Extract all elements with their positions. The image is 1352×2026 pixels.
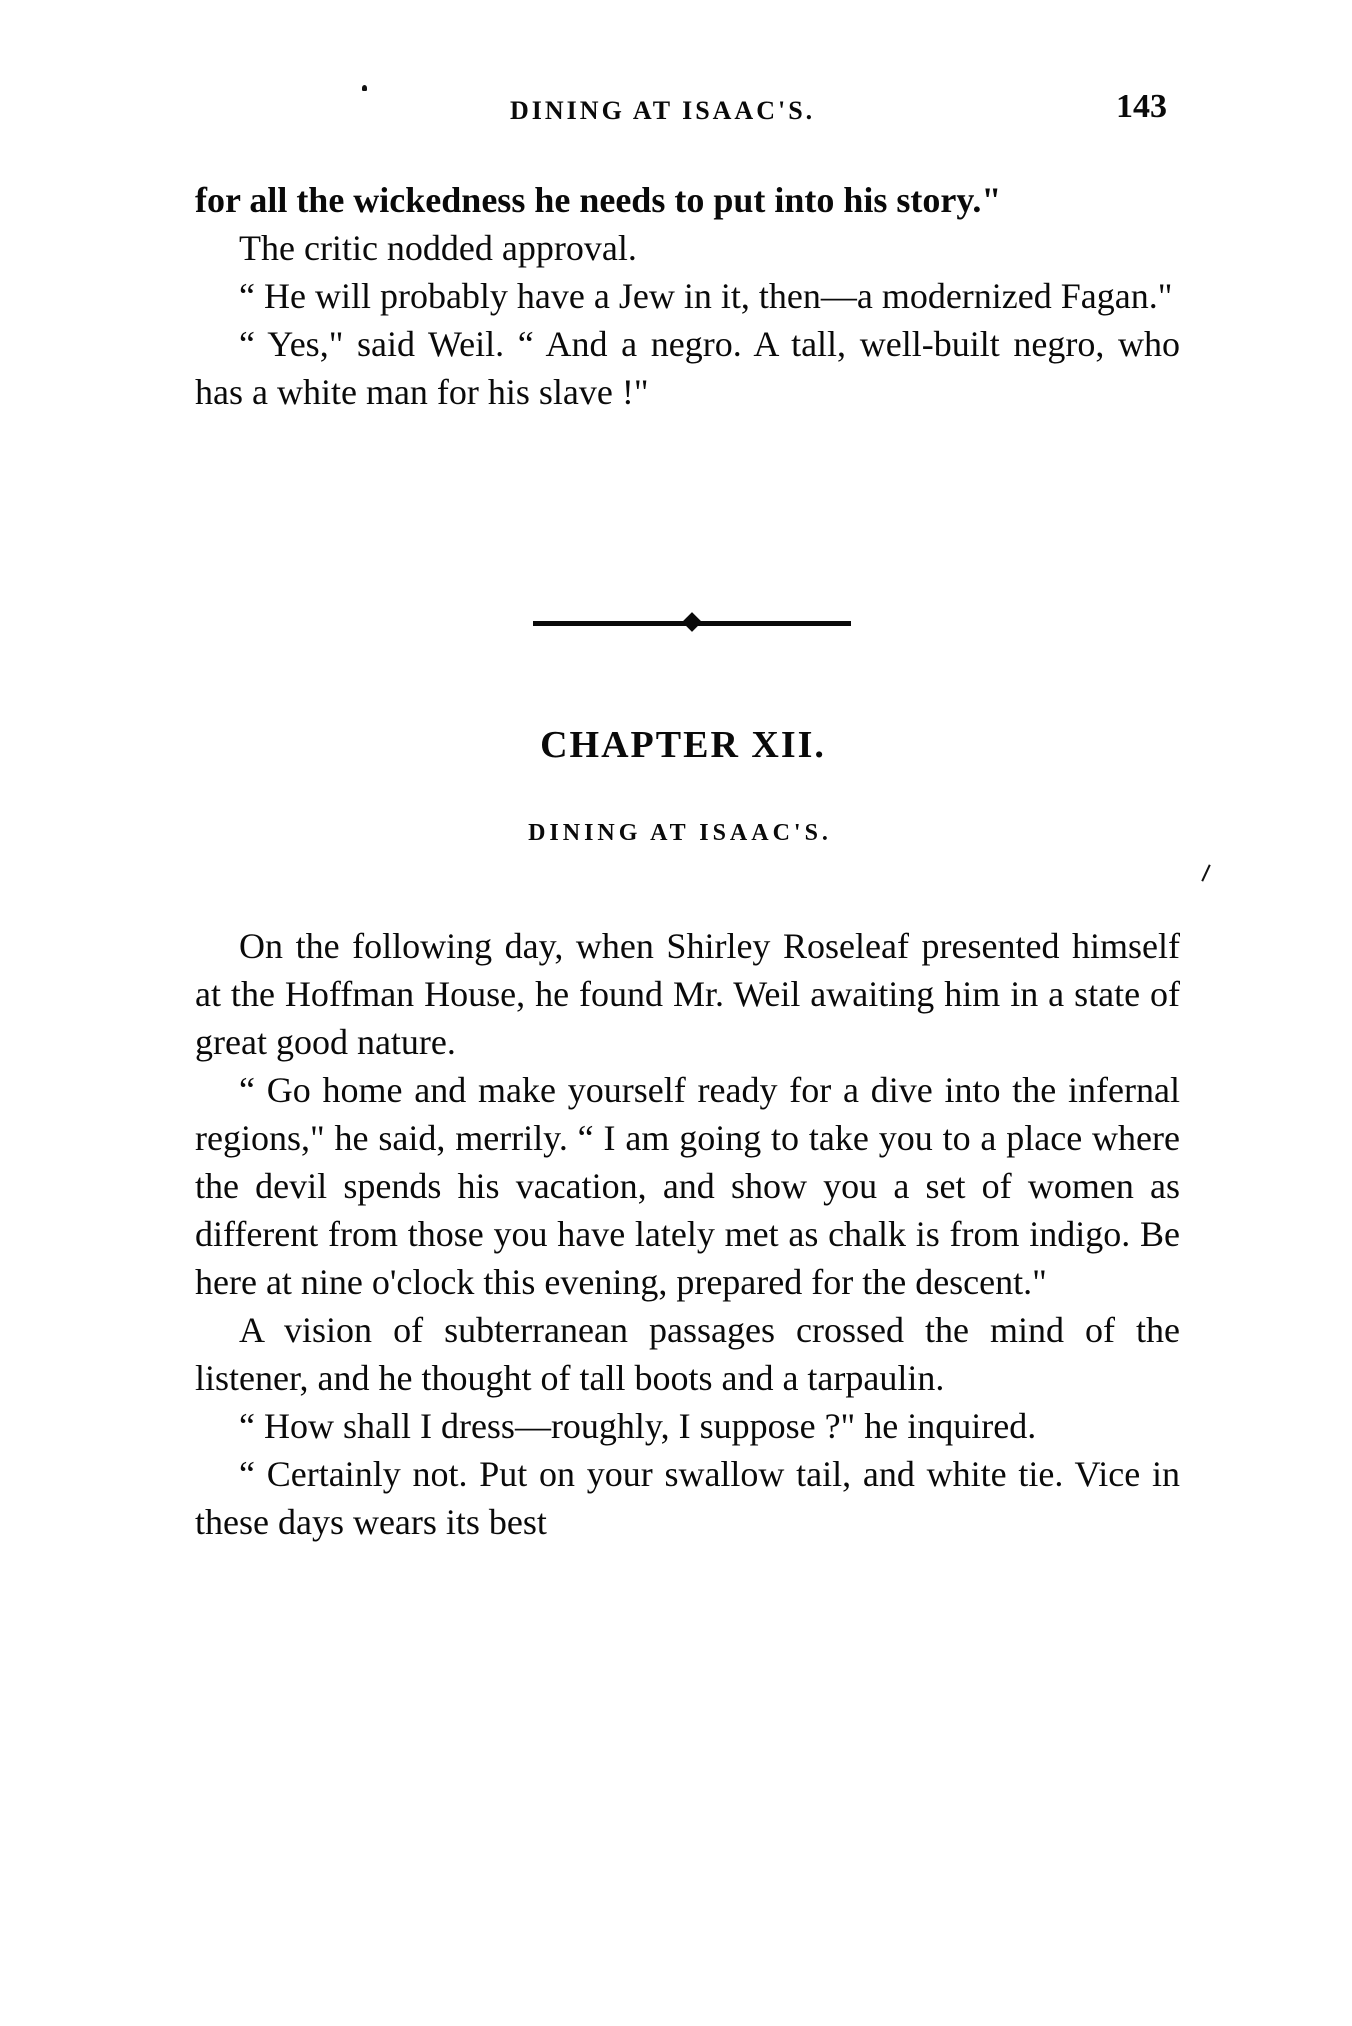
chapter-body: On the following day, when Shirley Rosel… xyxy=(195,922,1180,1546)
paragraph: “ He will probably have a Jew in it, the… xyxy=(195,272,1180,320)
paragraph: A vision of subterranean passages crosse… xyxy=(195,1306,1180,1402)
paragraph: On the following day, when Shirley Rosel… xyxy=(195,922,1180,1066)
paragraph: The critic nodded approval. xyxy=(195,224,1180,272)
print-mark xyxy=(1201,864,1210,881)
paragraph: “ Go home and make yourself ready for a … xyxy=(195,1066,1180,1306)
running-head: DINING AT ISAAC'S. xyxy=(510,96,815,126)
book-page: DINING AT ISAAC'S. 143 for all the wicke… xyxy=(0,0,1352,2026)
paragraph: for all the wickedness he needs to put i… xyxy=(195,176,1180,224)
diamond-ornament-icon xyxy=(682,612,702,632)
chapter-title: CHAPTER XII. xyxy=(0,723,1352,767)
paragraph: “ How shall I dress—roughly, I suppose ?… xyxy=(195,1402,1180,1450)
chapter-subtitle: DINING AT ISAAC'S. xyxy=(0,820,1352,847)
print-speck xyxy=(362,85,367,91)
paragraph: “ Yes," said Weil. “ And a negro. A tall… xyxy=(195,320,1180,416)
continuation-text: for all the wickedness he needs to put i… xyxy=(195,176,1180,416)
page-number: 143 xyxy=(1116,88,1167,126)
paragraph: “ Certainly not. Put on your swallow tai… xyxy=(195,1450,1180,1546)
